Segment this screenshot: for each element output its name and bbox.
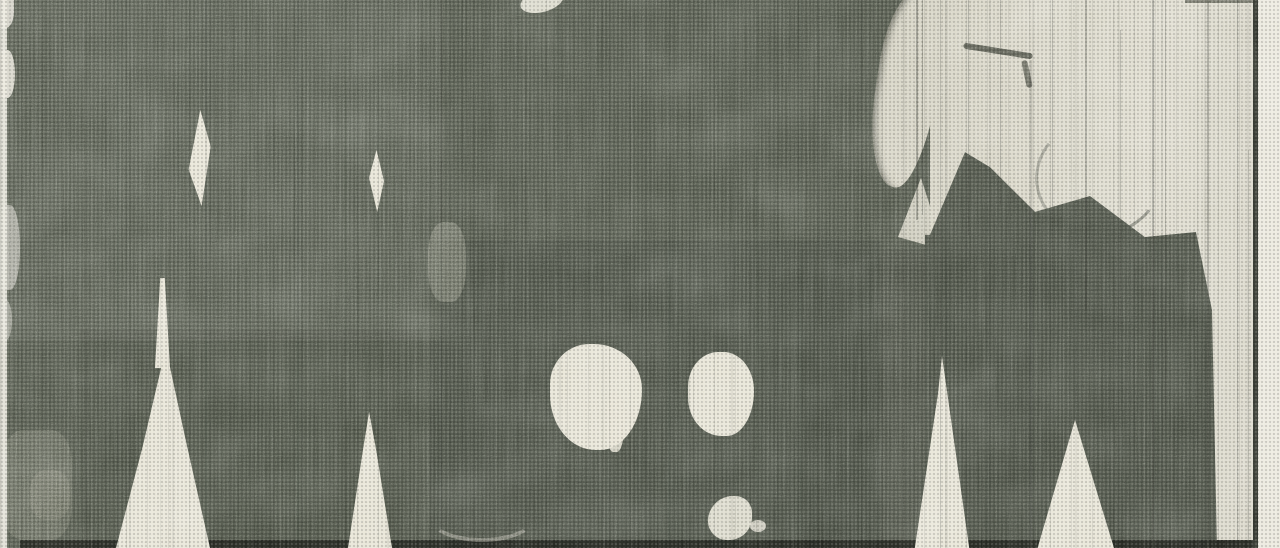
paper-blotch-left [0,50,15,98]
faint-highlight-patch [428,222,466,302]
stalagmite-blob-tail [606,392,624,452]
scan-streak [756,0,757,548]
mottled-floor-patch [30,470,70,520]
scan-streak [205,0,207,548]
tone-patch-dark [800,250,930,548]
paper-margin-right [1258,0,1280,548]
stalagmite-blob-dot [750,520,766,532]
stalagmite-spike-left [348,412,392,548]
stalagmite-cone-large [116,348,210,548]
scan-streak [297,0,299,548]
highlight-diamond [186,110,212,206]
scan-streak [250,0,251,548]
scan-streak [800,0,801,548]
paper-blotch-left [0,205,20,290]
halftone-photograph [0,0,1280,548]
scan-streak [668,0,670,548]
stalagmite-cone-large-spike [155,278,170,368]
highlight-sliver [369,150,384,212]
scan-streak [392,0,393,548]
photo-border-top [1185,0,1255,3]
paper-blotch-left [0,300,12,340]
paper-corner-top-left [0,0,14,28]
stalagmite-blob-center-right [688,352,754,436]
scan-streak [345,0,346,548]
faint-floor-arc [428,492,536,542]
scan-streak [487,0,488,548]
stalagmite-blob-small [708,496,752,540]
stalagmite-blob-center-left [550,344,642,450]
scan-streak [117,0,119,548]
highlight-top-blob [518,0,566,17]
